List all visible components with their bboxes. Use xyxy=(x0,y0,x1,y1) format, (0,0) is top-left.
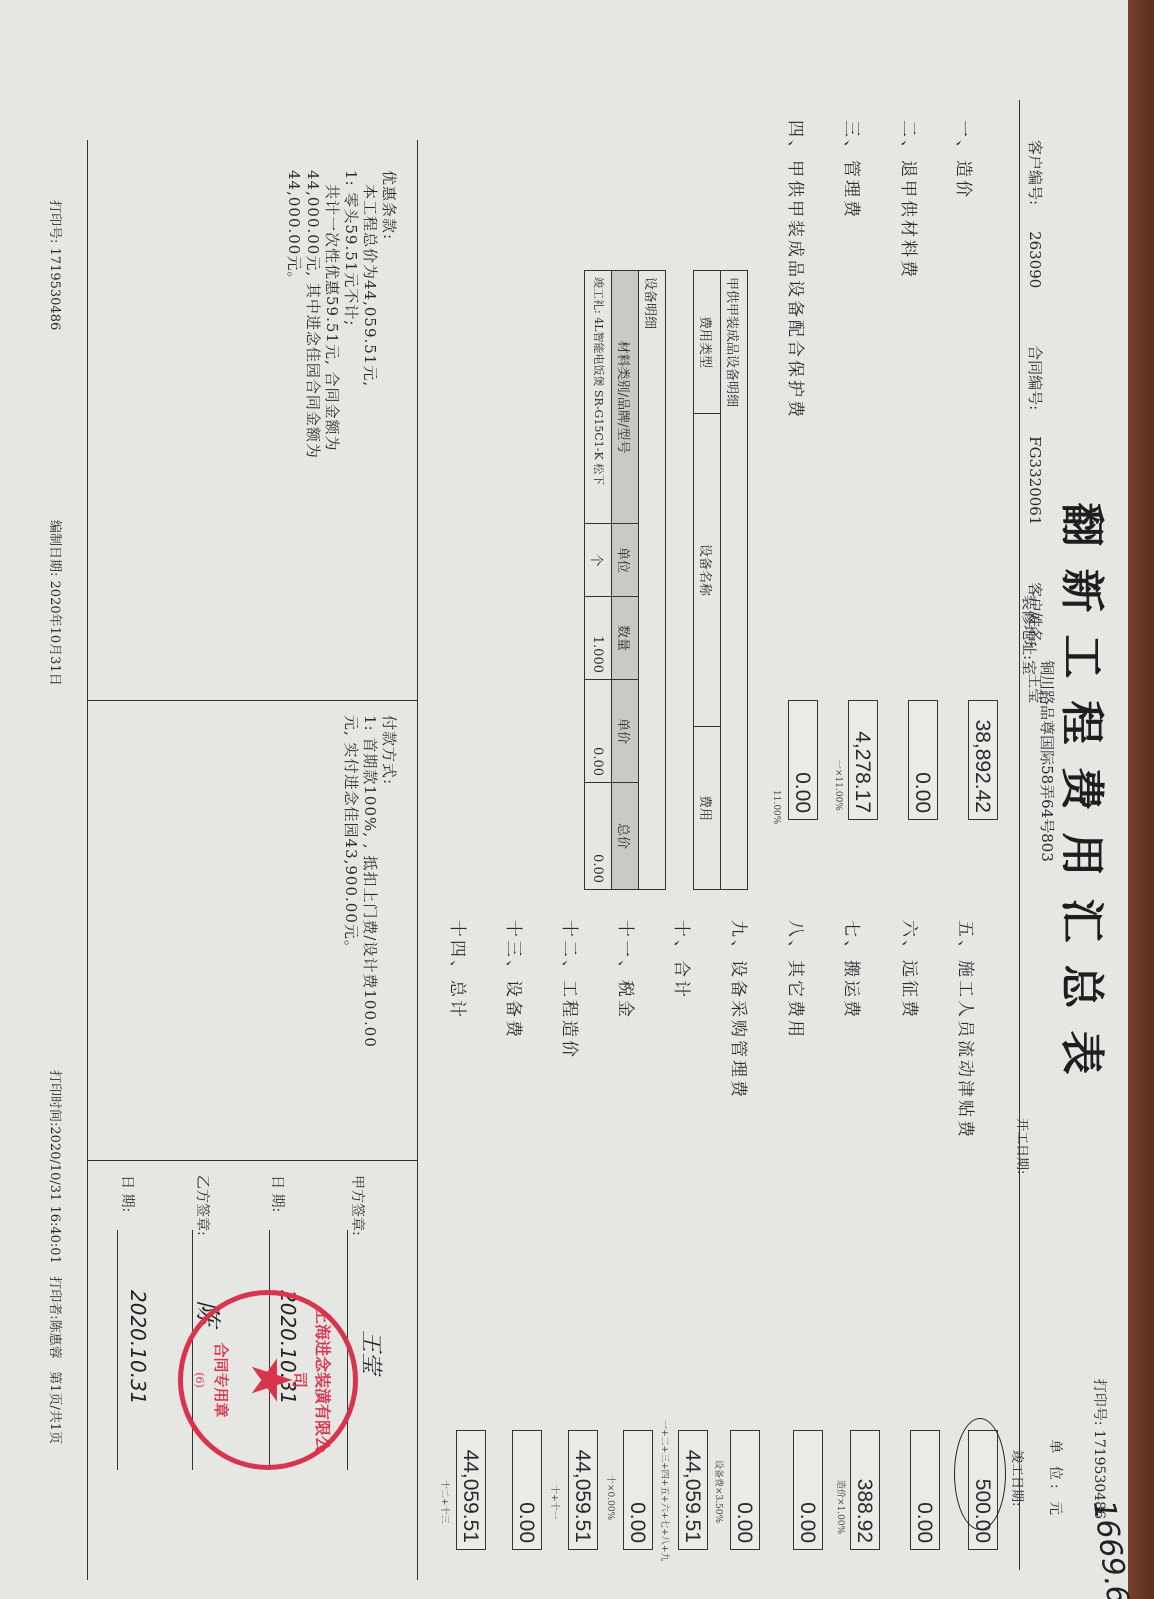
party-a-signature-label: 甲方签章: xyxy=(348,1175,368,1236)
item-label: 三、管理费 xyxy=(841,120,866,220)
header-divider xyxy=(1019,100,1020,1570)
column-header: 数量 xyxy=(612,597,639,680)
date-b-value: 2020.10.31 xyxy=(126,1290,150,1405)
item-value: 44,059.51 xyxy=(678,1430,708,1550)
item-value: 0.00 xyxy=(908,700,938,820)
party-a-signature: 王莹 xyxy=(357,1330,388,1374)
item-formula: 十+十一 xyxy=(549,1485,562,1520)
column-header: 费用类型 xyxy=(694,271,721,414)
contract-number: 合同编号:FG3320061 xyxy=(1026,345,1044,551)
item-value: 0.00 xyxy=(623,1430,653,1550)
device-name: 竣工礼: 4L智能电饭煲 SR-G15C1-K 松下 xyxy=(585,271,612,524)
footer-print-number: 打印号: 1719530486 xyxy=(47,200,66,330)
date-a-label: 日 期: xyxy=(268,1175,288,1212)
item-value: 0.00 xyxy=(788,700,818,820)
item-label: 十三、设备费 xyxy=(503,920,528,1040)
discount-terms: 优惠条款: 本工程总价为44,059.51元, 1: 零头59.51元不计; 共… xyxy=(284,170,398,690)
item-label: 七、搬运费 xyxy=(841,920,866,1020)
renovation-address: 装修地址:铜川路品尊国际58弄64号803 装修地址:室 xyxy=(1020,595,1056,862)
item-label: 十、合计 xyxy=(671,920,696,1000)
item-label: 二、退甲供材料费 xyxy=(898,120,923,280)
item-formula: 十×0.00% xyxy=(605,1475,618,1520)
column-header: 费用 xyxy=(694,727,721,890)
item-value: 38,892.42 xyxy=(968,700,998,820)
item-label: 四、甲供甲装成品设备配合保护费 xyxy=(785,120,810,420)
date-line xyxy=(117,1230,118,1470)
item-value: 44,059.51 xyxy=(568,1430,598,1550)
customer-number: 客户编号:263090 xyxy=(1026,140,1044,314)
unit-label: 单 位: 元 xyxy=(1046,1439,1066,1519)
item-value: 0.00 xyxy=(910,1430,940,1550)
device-qty: 1.000 xyxy=(585,597,612,680)
section-divider xyxy=(417,140,418,1580)
column-header: 单位 xyxy=(612,524,639,597)
item-value: 4,278.17 xyxy=(848,700,878,820)
item-label: 一、造价 xyxy=(953,120,978,200)
print-number-top: 打印号: 1719530486 xyxy=(1090,1379,1110,1519)
item-value: 44,059.51 xyxy=(456,1430,486,1550)
column-divider xyxy=(88,700,418,701)
payment-terms: 付款方式: 1: 首期款100%, , 抵扣上门费/设计费100.00 元, 实… xyxy=(341,715,398,1155)
item-formula: 十二+十三 xyxy=(439,1480,452,1524)
column-header: 材料类别/品牌/型号 xyxy=(612,271,639,524)
item-formula: 11.00% xyxy=(771,790,781,824)
column-header: 单价 xyxy=(612,680,639,783)
equipment-detail-table: 甲供甲装成品设备明细 费用类型 设备名称 费用 xyxy=(693,270,748,890)
item-formula: 设备费×3.50% xyxy=(713,1460,726,1523)
party-b-signature-label: 乙方签章: xyxy=(193,1175,213,1236)
start-date-label: 开工日期: xyxy=(1014,1118,1033,1174)
date-b-label: 日 期: xyxy=(118,1175,138,1212)
device-total: 0.00 xyxy=(585,783,612,890)
item-label: 九、设备采购管理费 xyxy=(728,920,753,1100)
item-label: 十二、工程造价 xyxy=(559,920,584,1060)
column-header: 设备名称 xyxy=(694,414,721,727)
item-value: 0.00 xyxy=(793,1430,823,1550)
device-unit: 个 xyxy=(585,524,612,597)
page-title: 翻新工程费用汇总表 xyxy=(1054,0,1118,1599)
company-seal: 上海进念装潢有限公司 ★ 合同专用章 (6) xyxy=(178,1290,358,1470)
item-formula: 一+二+三+四+五+六+七+八+九 xyxy=(659,1420,672,1561)
item-formula: 造价×1.00% xyxy=(835,1480,848,1534)
star-icon: ★ xyxy=(238,1295,303,1465)
column-header: 总价 xyxy=(612,783,639,890)
item-label: 十一、税金 xyxy=(615,920,640,1020)
item-formula: 一×11.00% xyxy=(833,760,846,811)
footer-print-info: 打印时间:2020/10/31 16:40:01 打印者:陈惠蓉 第1页/共1页 xyxy=(47,1070,66,1444)
item-value: 0.00 xyxy=(730,1430,760,1550)
device-price: 0.00 xyxy=(585,680,612,783)
item-value: 388.92 xyxy=(850,1430,880,1550)
item-label: 十四、总计 xyxy=(447,920,472,1020)
fee-summary-sheet: 翻新工程费用汇总表 打印号: 1719530486 单 位: 元 客户编号:26… xyxy=(0,0,1128,1599)
table-row: 竣工礼: 4L智能电饭煲 SR-G15C1-K 松下 个 1.000 0.00 … xyxy=(585,271,612,890)
page-indicator: 第1页/共1页 xyxy=(47,1371,62,1444)
footer-compile-date: 编制日期: 2020年10月31日 xyxy=(47,520,66,686)
item-label: 八、其它费用 xyxy=(785,920,810,1040)
item-label: 五、施工人员流动津贴费 xyxy=(955,920,980,1140)
table-title: 甲供甲装成品设备明细 xyxy=(721,271,748,890)
footer-divider xyxy=(87,140,88,1580)
column-divider xyxy=(88,1160,418,1161)
circled-annotation xyxy=(954,1418,1006,1530)
device-detail-table: 设备明细 材料类别/品牌/型号 单位 数量 单价 总价 竣工礼: 4L智能电饭煲… xyxy=(584,270,666,890)
item-value: 0.00 xyxy=(512,1430,542,1550)
item-label: 六、远征费 xyxy=(899,920,924,1020)
table-title: 设备明细 xyxy=(639,271,666,890)
